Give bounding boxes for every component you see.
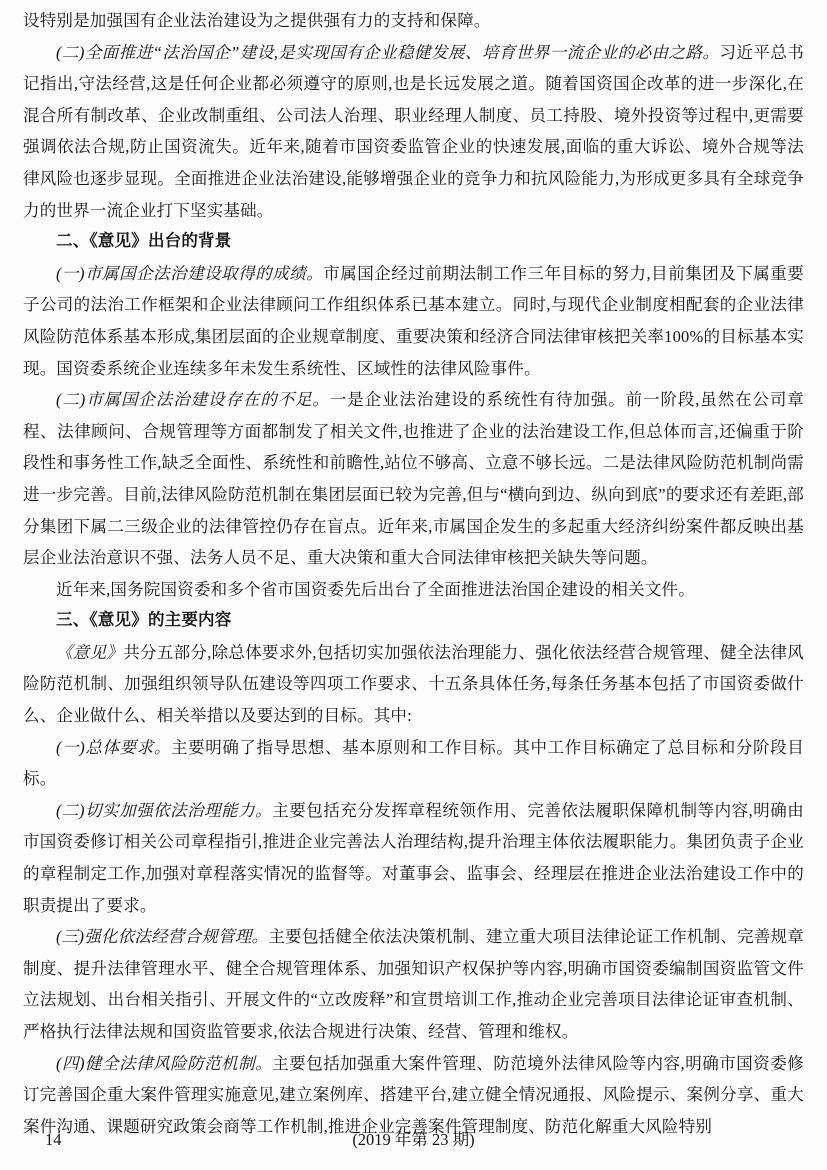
paragraph-lead: (一)总体要求。	[56, 738, 171, 757]
paragraph-text: 习近平总书记指出,守法经营,这是任何企业都必须遵守的原则,也是长远发展之道。随着…	[23, 43, 804, 220]
paragraph: (二)全面推进“法治国企”建设,是实现国有企业稳健发展、培育世界一流企业的必由之…	[23, 37, 804, 227]
section-heading-3: 三、《意见》的主要内容	[23, 605, 804, 637]
paragraph-lead: (一)市属国企法治建设取得的成绩。	[56, 264, 323, 283]
paragraph: 《意见》共分五部分,除总体要求外,包括切实加强依法治理能力、强化依法经营合规管理…	[23, 637, 804, 732]
paragraph-lead: (二)全面推进“法治国企”建设,是实现国有企业稳健发展、培育世界一流企业的必由之…	[56, 43, 719, 62]
page-footer: 14 (2019 年第 23 期)	[23, 1124, 804, 1156]
continuation-paragraph: 设特别是加强国有企业法治建设为之提供强有力的支持和保障。	[23, 5, 804, 37]
paragraph-lead: (三)强化依法经营合规管理。	[56, 927, 268, 946]
paragraph-lead: (二)市属国企法治建设存在的不足。	[56, 390, 330, 409]
paragraph: (一)市属国企法治建设取得的成绩。市属国企经过前期法制工作三年目标的努力,目前集…	[23, 258, 804, 384]
paragraph: (三)强化依法经营合规管理。主要包括健全依法决策机制、建立重大项目法律论证工作机…	[23, 921, 804, 1047]
issue-label: (2019 年第 23 期)	[23, 1124, 804, 1156]
paragraph: 近年来,国务院国资委和多个省市国资委先后出台了全面推进法治国企建设的相关文件。	[23, 574, 804, 606]
paragraph-lead: (二)切实加强依法治理能力。	[56, 801, 272, 820]
paragraph: (二)市属国企法治建设存在的不足。一是企业法治建设的系统性有待加强。前一阶段,虽…	[23, 384, 804, 574]
paragraph-lead: (四)健全法律风险防范机制。	[56, 1054, 272, 1073]
paragraph: (二)切实加强依法治理能力。主要包括充分发挥章程统领作用、完善依法履职保障机制等…	[23, 795, 804, 921]
section-heading-2: 二、《意见》出台的背景	[23, 226, 804, 258]
paragraph-text: 一是企业法治建设的系统性有待加强。前一阶段,虽然在公司章程、法律顾问、合规管理等…	[23, 390, 804, 567]
page-body: 设特别是加强国有企业法治建设为之提供强有力的支持和保障。 (二)全面推进“法治国…	[23, 5, 804, 1142]
document-page: 设特别是加强国有企业法治建设为之提供强有力的支持和保障。 (二)全面推进“法治国…	[0, 0, 827, 1170]
paragraph: (一)总体要求。主要明确了指导思想、基本原则和工作目标。其中工作目标确定了总目标…	[23, 732, 804, 795]
paragraph-lead: 《意见》	[56, 643, 123, 662]
paragraph-text: 共分五部分,除总体要求外,包括切实加强依法治理能力、强化依法经营合规管理、健全法…	[23, 643, 804, 725]
